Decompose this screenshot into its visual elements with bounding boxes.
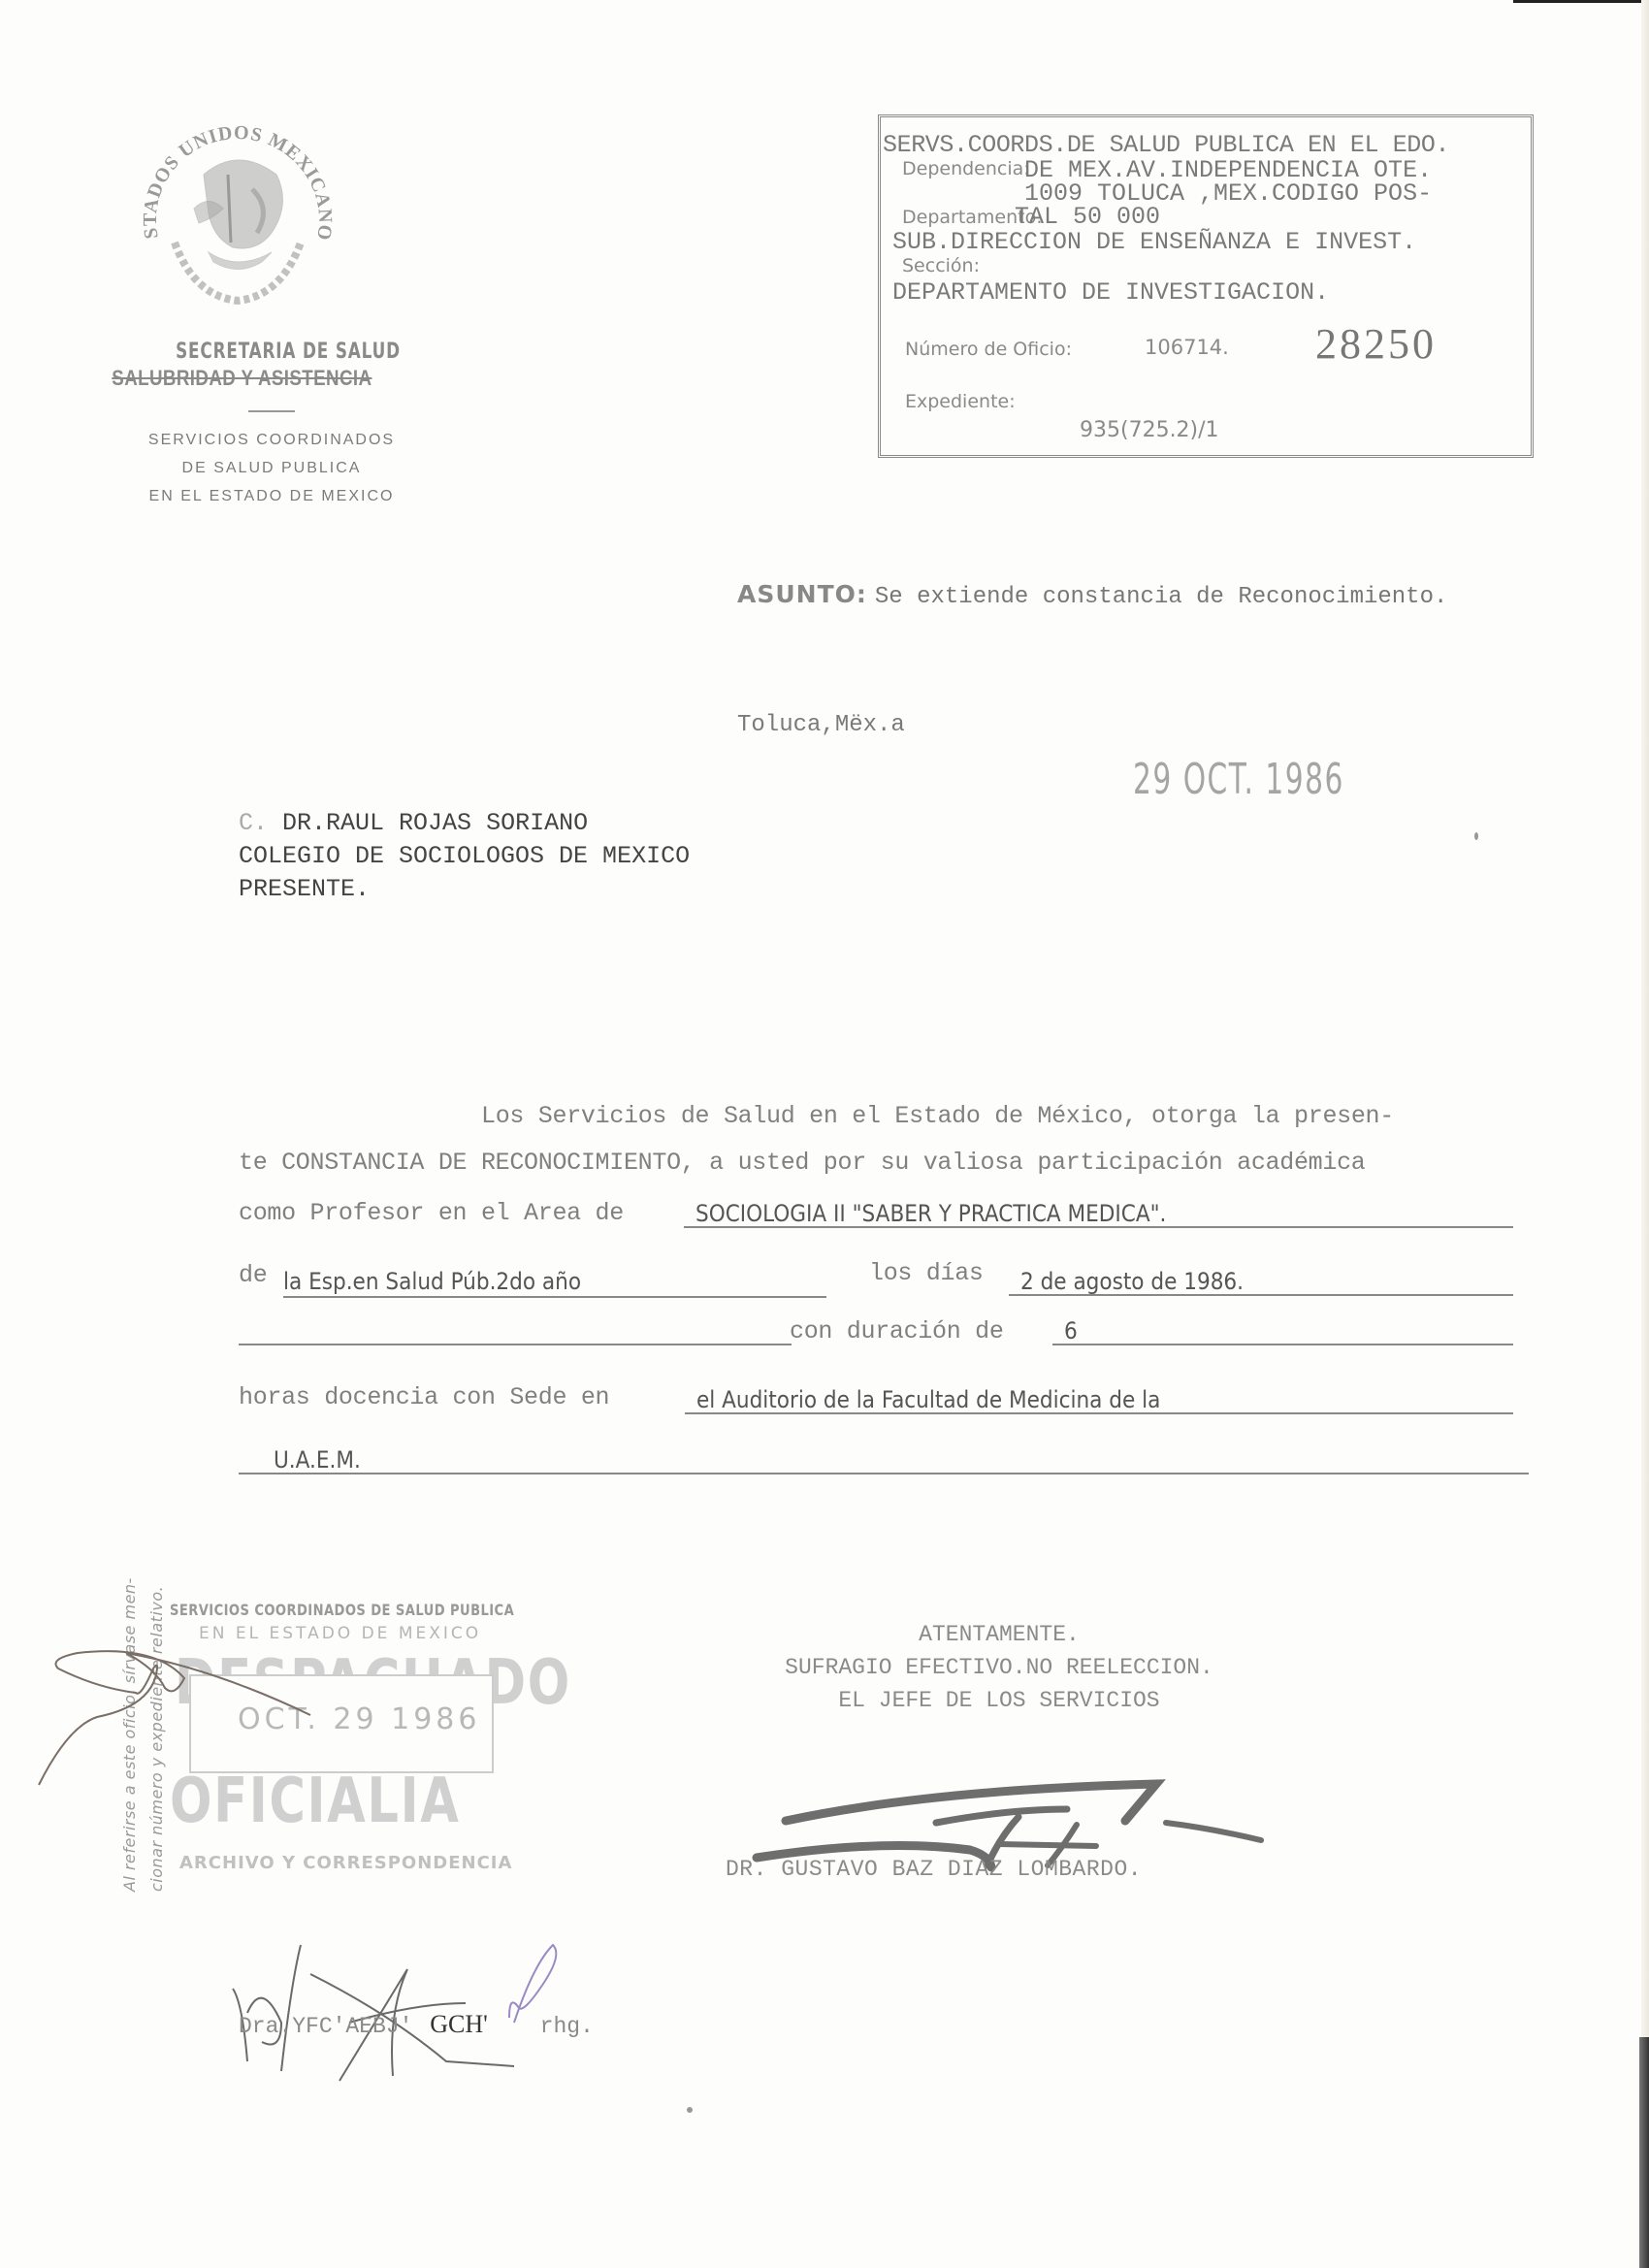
recipient-prefix: C. — [239, 809, 268, 837]
closing-line-1: ATENTAMENTE. — [718, 1618, 1280, 1651]
signature — [737, 1761, 1280, 1867]
services-line-1: SERVICIOS COORDINADOS — [97, 426, 446, 454]
page-edge — [1513, 0, 1649, 3]
recipient-presente: PRESENTE. — [239, 873, 690, 906]
mexican-coat-of-arms-seal: ESTADOS UNIDOS MEXICANOS — [136, 116, 339, 320]
dias-field: 2 de agosto de 1986. — [1009, 1263, 1513, 1296]
expediente-label: Expediente: — [905, 391, 1016, 412]
initials-gch: GCH' — [430, 2010, 488, 2038]
date-stamp: 29 OCT. 1986 — [1133, 755, 1344, 804]
area-field: SOCIOLOGIA II "SABER Y PRACTICA MEDICA". — [684, 1195, 1513, 1228]
subject-label: ASUNTO: — [737, 580, 867, 608]
office-stamp-box: SERVS.COORDS.DE SALUD PUBLICA EN EL EDO.… — [878, 114, 1534, 458]
typist-initials: Dra.YFC'AEBJ' — [239, 2014, 412, 2039]
closing-line-2: SUFRAGIO EFECTIVO.NO REELECCION. — [718, 1651, 1280, 1684]
page-edge-shadow — [1639, 2037, 1649, 2268]
departamento-value: TAL 50 000 — [1015, 203, 1160, 231]
letterhead: SECRETARIA DE SALUD SALUBRIDAD Y ASISTEN… — [97, 340, 446, 510]
salubridad-struck: SALUBRIDAD Y ASISTENCIA — [97, 366, 394, 391]
initials-rhg: rhg. — [540, 2014, 594, 2039]
divider — [248, 410, 295, 412]
recipient-name: DR.RAUL ROJAS SORIANO — [282, 809, 588, 837]
sede-field-2: U.A.E.M. — [239, 1442, 1529, 1474]
recv-stamp-top: SERVICIOS COORDINADOS DE SALUD PUBLICA — [170, 1601, 514, 1619]
body-line-2: te CONSTANCIA DE RECONOCIMIENTO, a usted… — [239, 1149, 1366, 1177]
sede-label: horas docencia con Sede en — [239, 1383, 609, 1411]
seccion-value: DEPARTAMENTO DE INVESTIGACION. — [892, 278, 1329, 307]
recv-stamp-bottom: ARCHIVO Y CORRESPONDENCIA — [179, 1853, 512, 1873]
dependencia-label: Dependencia: — [902, 158, 1030, 179]
duracion-label: con duración de — [790, 1317, 1004, 1345]
closing-line-3: EL JEFE DE LOS SERVICIOS — [718, 1684, 1280, 1717]
duracion-field: 6 — [1052, 1312, 1513, 1345]
sede-field: el Auditorio de la Facultad de Medicina … — [685, 1381, 1513, 1414]
de-field: la Esp.en Salud Púb.2do año — [272, 1263, 854, 1296]
recipient-organization: COLEGIO DE SOCIOLOGOS DE MEXICO — [239, 840, 690, 873]
initials-line: Dra.YFC'AEBJ' GCH' rhg. — [239, 2010, 594, 2039]
services-line-2: DE SALUD PUBLICA — [97, 454, 446, 482]
page-edge-right — [1641, 0, 1649, 2268]
services-line-3: EN EL ESTADO DE MEXICO — [97, 482, 446, 510]
closing-block: ATENTAMENTE. SUFRAGIO EFECTIVO.NO REELEC… — [718, 1618, 1280, 1717]
subdireccion: SUB.DIRECCION DE ENSEÑANZA E INVEST. — [892, 228, 1416, 256]
place: Toluca,Mëx.a — [737, 712, 905, 738]
signer-name: DR. GUSTAVO BAZ DIAZ LOMBARDO. — [726, 1857, 1142, 1882]
expediente-value: 935(725.2)/1 — [1080, 418, 1219, 442]
numero-stamped: 28250 — [1315, 319, 1437, 369]
subject-text: Se extiende constancia de Reconocimiento… — [875, 584, 1448, 610]
eagle-seal-icon: ESTADOS UNIDOS MEXICANOS — [136, 116, 339, 320]
initials-scribbles — [223, 1926, 592, 2081]
body-line-3-label: como Profesor en el Area de — [239, 1199, 624, 1227]
margin-signature — [39, 1639, 349, 1785]
body-de-label: de — [239, 1261, 267, 1289]
secretaria-title: SECRETARIA DE SALUD — [123, 340, 420, 364]
recipient-block: C. DR.RAUL ROJAS SORIANO COLEGIO DE SOCI… — [239, 807, 690, 906]
ink-speck — [1474, 832, 1478, 840]
seccion-label: Sección: — [902, 255, 980, 276]
subject-line: ASUNTO:Se extiende constancia de Reconoc… — [737, 580, 1447, 610]
numero-oficio-label: Número de Oficio: — [905, 339, 1072, 360]
dias-label: los días — [869, 1259, 984, 1287]
blank-field — [239, 1312, 792, 1345]
ink-speck — [687, 2107, 693, 2113]
stamp-header: SERVS.COORDS.DE SALUD PUBLICA EN EL EDO. — [883, 131, 1449, 159]
de-value: la Esp.en Salud Púb.2do año — [283, 1267, 826, 1298]
body-line-1: Los Servicios de Salud en el Estado de M… — [481, 1102, 1394, 1130]
numero-oficio-value: 106714. — [1145, 336, 1229, 359]
